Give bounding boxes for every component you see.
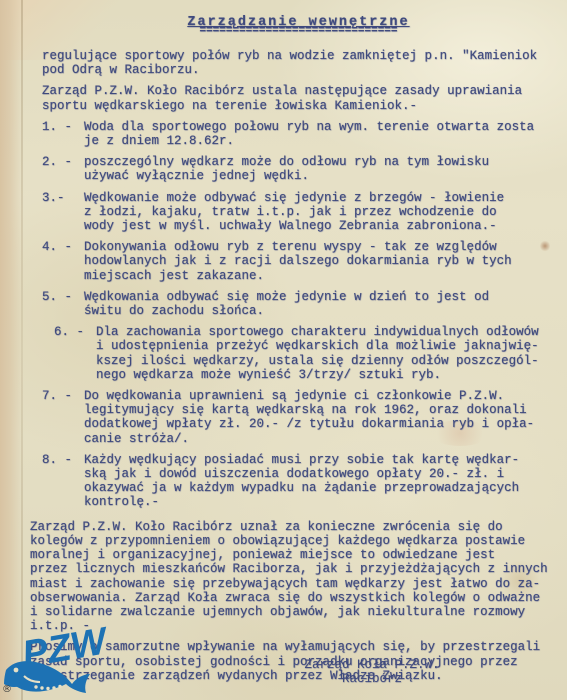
rule-number: 6. - — [54, 325, 96, 382]
pzw-logo: PZW — [0, 618, 110, 700]
rule-number: 4. - — [42, 240, 84, 283]
title-underline: ============================== — [30, 27, 567, 35]
closing-paragraph: Zarząd P.Z.W. Koło Racibórz uznał za kon… — [30, 520, 559, 634]
registered-trademark: ® — [2, 684, 12, 695]
rule-number: 2. - — [42, 155, 84, 183]
rule-number: 3.- — [42, 191, 84, 234]
rule-item: 5. -Wędkowania odbywać się może jedynie … — [42, 290, 559, 318]
rules-list: 1. -Woda dla sportowego połowu ryb na wy… — [42, 120, 559, 510]
rule-number: 7. - — [42, 389, 84, 446]
rule-text: Dla zachowania sportowego charakteru ind… — [96, 325, 539, 382]
rule-number: 8. - — [42, 453, 84, 510]
rule-number: 5. - — [42, 290, 84, 318]
pzw-logo-graphic: PZW — [0, 618, 110, 700]
document-header: Zarządzanie wewnętrzne =================… — [0, 0, 567, 35]
rule-item: 8. -Każdy wędkujący posiadać musi przy s… — [42, 453, 559, 510]
rule-item: 4. -Dokonywania odłowu ryb z terenu wysp… — [42, 240, 559, 283]
rule-item: 2. -poszczególny wędkarz może do odłowu … — [42, 155, 559, 183]
rule-text: Każdy wędkujący posiadać musi przy sobie… — [84, 453, 519, 510]
rule-item: 1. -Woda dla sportowego połowu ryb na wy… — [42, 120, 559, 148]
intro-paragraph: regulujące sportowy połów ryb na wodzie … — [42, 49, 559, 77]
rule-item: 6. -Dla zachowania sportowego charakteru… — [54, 325, 559, 382]
rule-text: Do wędkowania uprawnieni są jedynie ci c… — [84, 389, 534, 446]
signature-block: Zarząd Koła P.Z.W. Racibórz — [282, 658, 462, 686]
document-body: regulujące sportowy połów ryb na wodzie … — [0, 35, 567, 683]
rule-item: 7. -Do wędkowania uprawnieni są jedynie … — [42, 389, 559, 446]
rule-item: 3.-Wędkowanie może odbywać się jedynie z… — [42, 191, 559, 234]
rule-text: Woda dla sportowego połowu ryb na wym. t… — [84, 120, 534, 148]
rule-number: 1. - — [42, 120, 84, 148]
rule-text: Dokonywania odłowu ryb z terenu wyspy - … — [84, 240, 512, 283]
rule-text: poszczególny wędkarz może do odłowu ryb … — [84, 155, 489, 183]
intro-paragraph: Zarząd P.Z.W. Koło Racibórz ustala nastę… — [42, 84, 559, 112]
rule-text: Wędkowania odbywać się może jedynie w dz… — [84, 290, 489, 318]
document-content: Zarządzanie wewnętrzne =================… — [0, 0, 567, 690]
rule-text: Wędkowanie może odbywać się jedynie z br… — [84, 191, 504, 234]
